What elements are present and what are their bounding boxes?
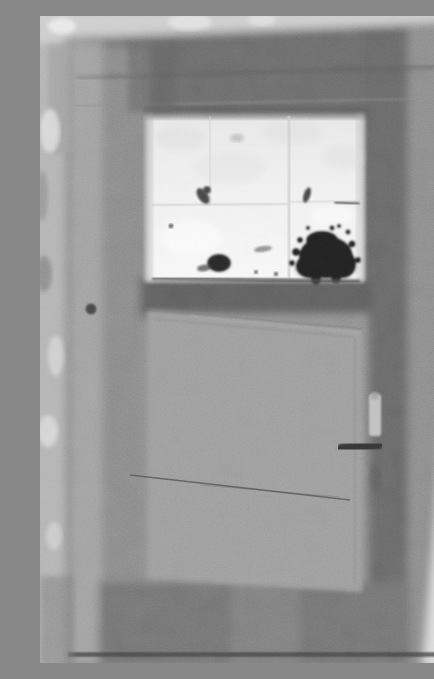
grain-fine-overlay	[40, 16, 434, 663]
photograph-of-old-door	[40, 16, 434, 663]
photo-canvas	[40, 16, 434, 663]
